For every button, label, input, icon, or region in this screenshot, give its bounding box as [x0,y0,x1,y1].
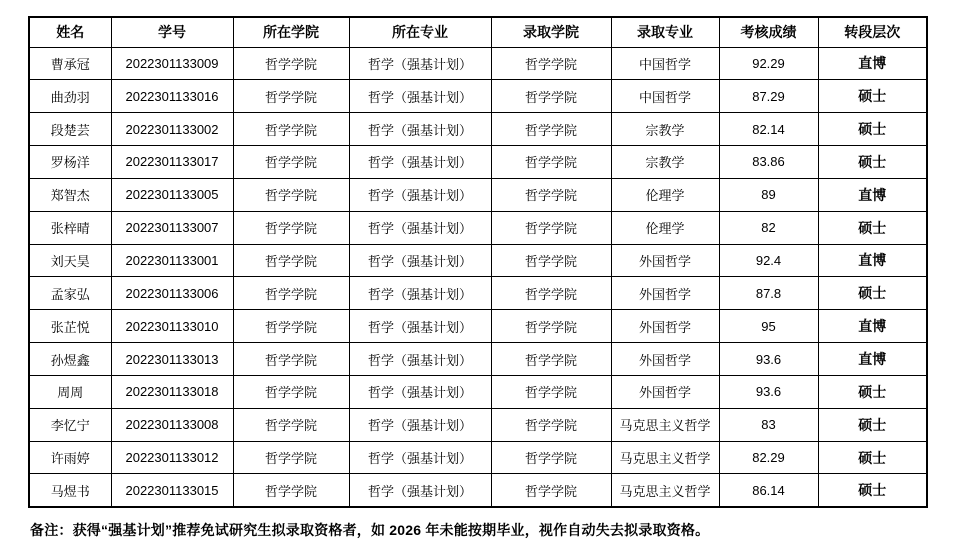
table-cell: 89 [719,178,818,211]
table-cell: 周周 [29,375,111,408]
table-row: 曲劲羽2022301133016哲学学院哲学（强基计划）哲学学院中国哲学87.2… [29,80,927,113]
table-cell: 直博 [818,47,927,80]
table-cell: 92.29 [719,47,818,80]
table-row: 周周2022301133018哲学学院哲学（强基计划）哲学学院外国哲学93.6硕… [29,375,927,408]
table-cell: 张梓晴 [29,211,111,244]
table-cell: 哲学学院 [491,441,611,474]
table-cell: 2022301133008 [111,408,233,441]
table-row: 张芷悦2022301133010哲学学院哲学（强基计划）哲学学院外国哲学95直博 [29,310,927,343]
table-cell: 外国哲学 [611,277,719,310]
table-cell: 曹承冠 [29,47,111,80]
admission-table-container: 姓名学号所在学院所在专业录取学院录取专业考核成绩转段层次 曹承冠20223011… [28,16,928,508]
table-row: 曹承冠2022301133009哲学学院哲学（强基计划）哲学学院中国哲学92.2… [29,47,927,80]
table-cell: 孙煜鑫 [29,343,111,376]
table-cell: 哲学学院 [491,47,611,80]
table-cell: 哲学学院 [491,474,611,507]
admission-table: 姓名学号所在学院所在专业录取学院录取专业考核成绩转段层次 曹承冠20223011… [28,16,928,508]
table-cell: 哲学（强基计划） [349,375,491,408]
table-cell: 哲学学院 [233,47,349,80]
table-cell: 孟家弘 [29,277,111,310]
table-cell: 哲学学院 [491,375,611,408]
table-cell: 哲学（强基计划） [349,146,491,179]
table-cell: 许雨婷 [29,441,111,474]
table-cell: 外国哲学 [611,310,719,343]
table-cell: 哲学（强基计划） [349,244,491,277]
table-cell: 2022301133009 [111,47,233,80]
table-cell: 哲学学院 [233,343,349,376]
column-header: 所在专业 [349,17,491,47]
table-cell: 哲学（强基计划） [349,211,491,244]
table-cell: 82.14 [719,113,818,146]
table-cell: 92.4 [719,244,818,277]
table-cell: 硕士 [818,474,927,507]
table-cell: 83.86 [719,146,818,179]
table-cell: 马煜书 [29,474,111,507]
table-cell: 哲学学院 [233,244,349,277]
table-row: 孙煜鑫2022301133013哲学学院哲学（强基计划）哲学学院外国哲学93.6… [29,343,927,376]
table-cell: 2022301133007 [111,211,233,244]
table-cell: 外国哲学 [611,244,719,277]
table-cell: 硕士 [818,146,927,179]
table-cell: 哲学学院 [233,146,349,179]
table-row: 马煜书2022301133015哲学学院哲学（强基计划）哲学学院马克思主义哲学8… [29,474,927,507]
table-cell: 86.14 [719,474,818,507]
table-cell: 哲学（强基计划） [349,343,491,376]
table-cell: 2022301133017 [111,146,233,179]
table-cell: 刘天昊 [29,244,111,277]
table-row: 郑智杰2022301133005哲学学院哲学（强基计划）哲学学院伦理学89直博 [29,178,927,211]
table-cell: 2022301133010 [111,310,233,343]
table-cell: 罗杨洋 [29,146,111,179]
table-cell: 宗教学 [611,113,719,146]
table-cell: 马克思主义哲学 [611,441,719,474]
table-row: 罗杨洋2022301133017哲学学院哲学（强基计划）哲学学院宗教学83.86… [29,146,927,179]
table-cell: 中国哲学 [611,80,719,113]
table-cell: 哲学（强基计划） [349,113,491,146]
table-cell: 哲学学院 [233,408,349,441]
table-cell: 硕士 [818,277,927,310]
table-cell: 哲学（强基计划） [349,178,491,211]
table-cell: 2022301133005 [111,178,233,211]
column-header: 转段层次 [818,17,927,47]
column-header: 姓名 [29,17,111,47]
table-cell: 硕士 [818,113,927,146]
table-cell: 哲学学院 [491,146,611,179]
table-cell: 直博 [818,310,927,343]
table-cell: 哲学学院 [233,113,349,146]
table-cell: 2022301133013 [111,343,233,376]
table-cell: 哲学学院 [233,474,349,507]
table-cell: 87.29 [719,80,818,113]
column-header: 录取专业 [611,17,719,47]
table-cell: 哲学学院 [233,211,349,244]
header-row: 姓名学号所在学院所在专业录取学院录取专业考核成绩转段层次 [29,17,927,47]
table-cell: 93.6 [719,375,818,408]
table-cell: 哲学学院 [491,310,611,343]
column-header: 学号 [111,17,233,47]
table-cell: 哲学（强基计划） [349,277,491,310]
table-cell: 哲学（强基计划） [349,80,491,113]
table-cell: 哲学（强基计划） [349,408,491,441]
table-cell: 哲学（强基计划） [349,474,491,507]
table-cell: 直博 [818,343,927,376]
table-cell: 中国哲学 [611,47,719,80]
table-cell: 张芷悦 [29,310,111,343]
table-cell: 哲学（强基计划） [349,441,491,474]
table-cell: 2022301133002 [111,113,233,146]
column-header: 考核成绩 [719,17,818,47]
table-cell: 哲学学院 [233,441,349,474]
table-cell: 伦理学 [611,178,719,211]
table-cell: 硕士 [818,211,927,244]
table-cell: 95 [719,310,818,343]
table-cell: 硕士 [818,375,927,408]
table-cell: 哲学学院 [491,408,611,441]
table-cell: 马克思主义哲学 [611,474,719,507]
table-cell: 哲学（强基计划） [349,47,491,80]
table-cell: 82.29 [719,441,818,474]
table-cell: 哲学学院 [233,375,349,408]
table-cell: 83 [719,408,818,441]
table-cell: 哲学学院 [491,343,611,376]
table-cell: 郑智杰 [29,178,111,211]
table-row: 李忆宁2022301133008哲学学院哲学（强基计划）哲学学院马克思主义哲学8… [29,408,927,441]
table-cell: 哲学学院 [491,244,611,277]
table-row: 许雨婷2022301133012哲学学院哲学（强基计划）哲学学院马克思主义哲学8… [29,441,927,474]
column-header: 录取学院 [491,17,611,47]
table-row: 孟家弘2022301133006哲学学院哲学（强基计划）哲学学院外国哲学87.8… [29,277,927,310]
table-cell: 伦理学 [611,211,719,244]
table-cell: 直博 [818,178,927,211]
table-cell: 直博 [818,244,927,277]
table-cell: 2022301133006 [111,277,233,310]
table-cell: 93.6 [719,343,818,376]
table-cell: 哲学学院 [491,211,611,244]
table-cell: 哲学学院 [491,277,611,310]
table-cell: 82 [719,211,818,244]
table-cell: 2022301133001 [111,244,233,277]
table-cell: 曲劲羽 [29,80,111,113]
table-cell: 段楚芸 [29,113,111,146]
table-cell: 哲学学院 [491,80,611,113]
table-cell: 硕士 [818,441,927,474]
footnote: 备注：获得“强基计划”推荐免试研究生拟录取资格者，如 2026 年未能按期毕业，… [30,520,709,540]
table-cell: 哲学学院 [491,178,611,211]
table-cell: 哲学学院 [233,80,349,113]
table-cell: 2022301133012 [111,441,233,474]
table-cell: 哲学学院 [233,178,349,211]
column-header: 所在学院 [233,17,349,47]
table-cell: 哲学（强基计划） [349,310,491,343]
table-cell: 马克思主义哲学 [611,408,719,441]
table-cell: 2022301133018 [111,375,233,408]
table-cell: 宗教学 [611,146,719,179]
table-cell: 硕士 [818,80,927,113]
table-body: 曹承冠2022301133009哲学学院哲学（强基计划）哲学学院中国哲学92.2… [29,47,927,507]
table-cell: 外国哲学 [611,343,719,376]
table-row: 张梓晴2022301133007哲学学院哲学（强基计划）哲学学院伦理学82硕士 [29,211,927,244]
table-cell: 87.8 [719,277,818,310]
table-cell: 李忆宁 [29,408,111,441]
table-cell: 2022301133016 [111,80,233,113]
table-cell: 外国哲学 [611,375,719,408]
table-row: 刘天昊2022301133001哲学学院哲学（强基计划）哲学学院外国哲学92.4… [29,244,927,277]
table-cell: 硕士 [818,408,927,441]
table-row: 段楚芸2022301133002哲学学院哲学（强基计划）哲学学院宗教学82.14… [29,113,927,146]
table-cell: 哲学学院 [233,277,349,310]
table-cell: 哲学学院 [491,113,611,146]
table-cell: 2022301133015 [111,474,233,507]
table-cell: 哲学学院 [233,310,349,343]
